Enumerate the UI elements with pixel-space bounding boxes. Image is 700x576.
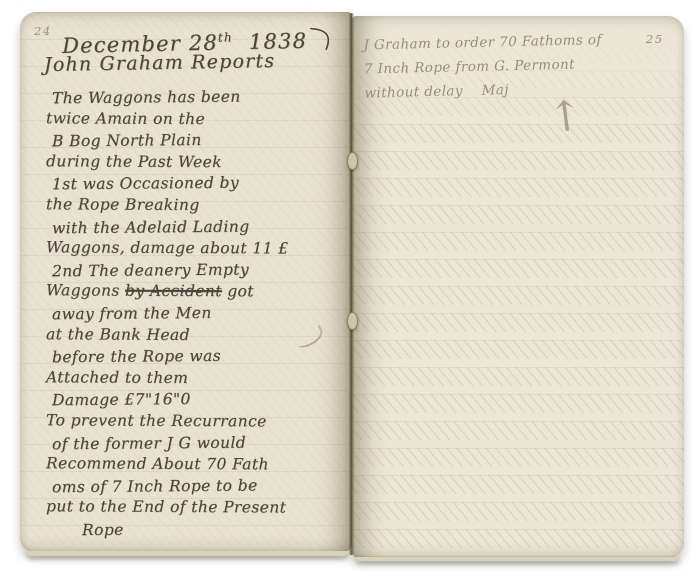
manuscript-line: To prevent the Recurrance [46, 411, 342, 434]
ink-flourish [309, 25, 336, 52]
manuscript-line: Damage £7"16"0 [52, 389, 342, 413]
manuscript-line: 2nd The deanery Empty [52, 259, 342, 283]
manuscript-body: The Waggons has been twice Amain on the … [52, 88, 342, 541]
page-stack-edge-right [356, 557, 680, 561]
line-suffix: got [222, 282, 254, 300]
heading-reports: John Graham Reports [44, 50, 276, 76]
binding-seam [349, 13, 354, 555]
manuscript-line: before the Rope was [52, 346, 342, 370]
manuscript-line: B Bog North Plain [52, 130, 342, 154]
page-number-left: 24 [34, 24, 52, 38]
manuscript-line: 1st was Occasioned by [52, 173, 342, 197]
heading-date-ordinal: th [218, 30, 233, 44]
manuscript-line: of the former J G would [52, 432, 342, 456]
manuscript-line: Attached to them [46, 368, 342, 391]
line-prefix: Waggons [46, 282, 125, 300]
manuscript-line: oms of 7 Inch Rope to be [52, 475, 342, 499]
manuscript-line: during the Past Week [46, 152, 342, 175]
manuscript-line: the Rope Breaking [46, 195, 342, 218]
pencil-annotation: J Graham to order 70 Fathoms of 7 Inch R… [363, 27, 665, 106]
stitch-knot [347, 312, 358, 330]
manuscript-line: Rope [82, 519, 342, 543]
page-stack-edge-left [26, 551, 348, 556]
manuscript-line: Waggons, damage about 11 £ [46, 238, 342, 261]
arrow-up-icon: ↑ [545, 90, 586, 143]
manuscript-line: with the Adelaid Lading [52, 216, 342, 240]
stitch-knot [347, 152, 358, 170]
manuscript-line: away from the Men [52, 303, 342, 327]
manuscript-photo: 24 25 December 28th1838 John Graham Repo… [0, 0, 700, 576]
manuscript-line: put to the End of the Present [46, 498, 342, 521]
manuscript-line-strikethrough: Waggons by Accident got [46, 282, 342, 305]
manuscript-line: twice Amain on the [46, 109, 342, 132]
strikethrough-text: by Accident [125, 282, 222, 301]
manuscript-line: Recommend About 70 Fath [46, 454, 342, 477]
manuscript-line: The Waggons has been [52, 87, 342, 111]
